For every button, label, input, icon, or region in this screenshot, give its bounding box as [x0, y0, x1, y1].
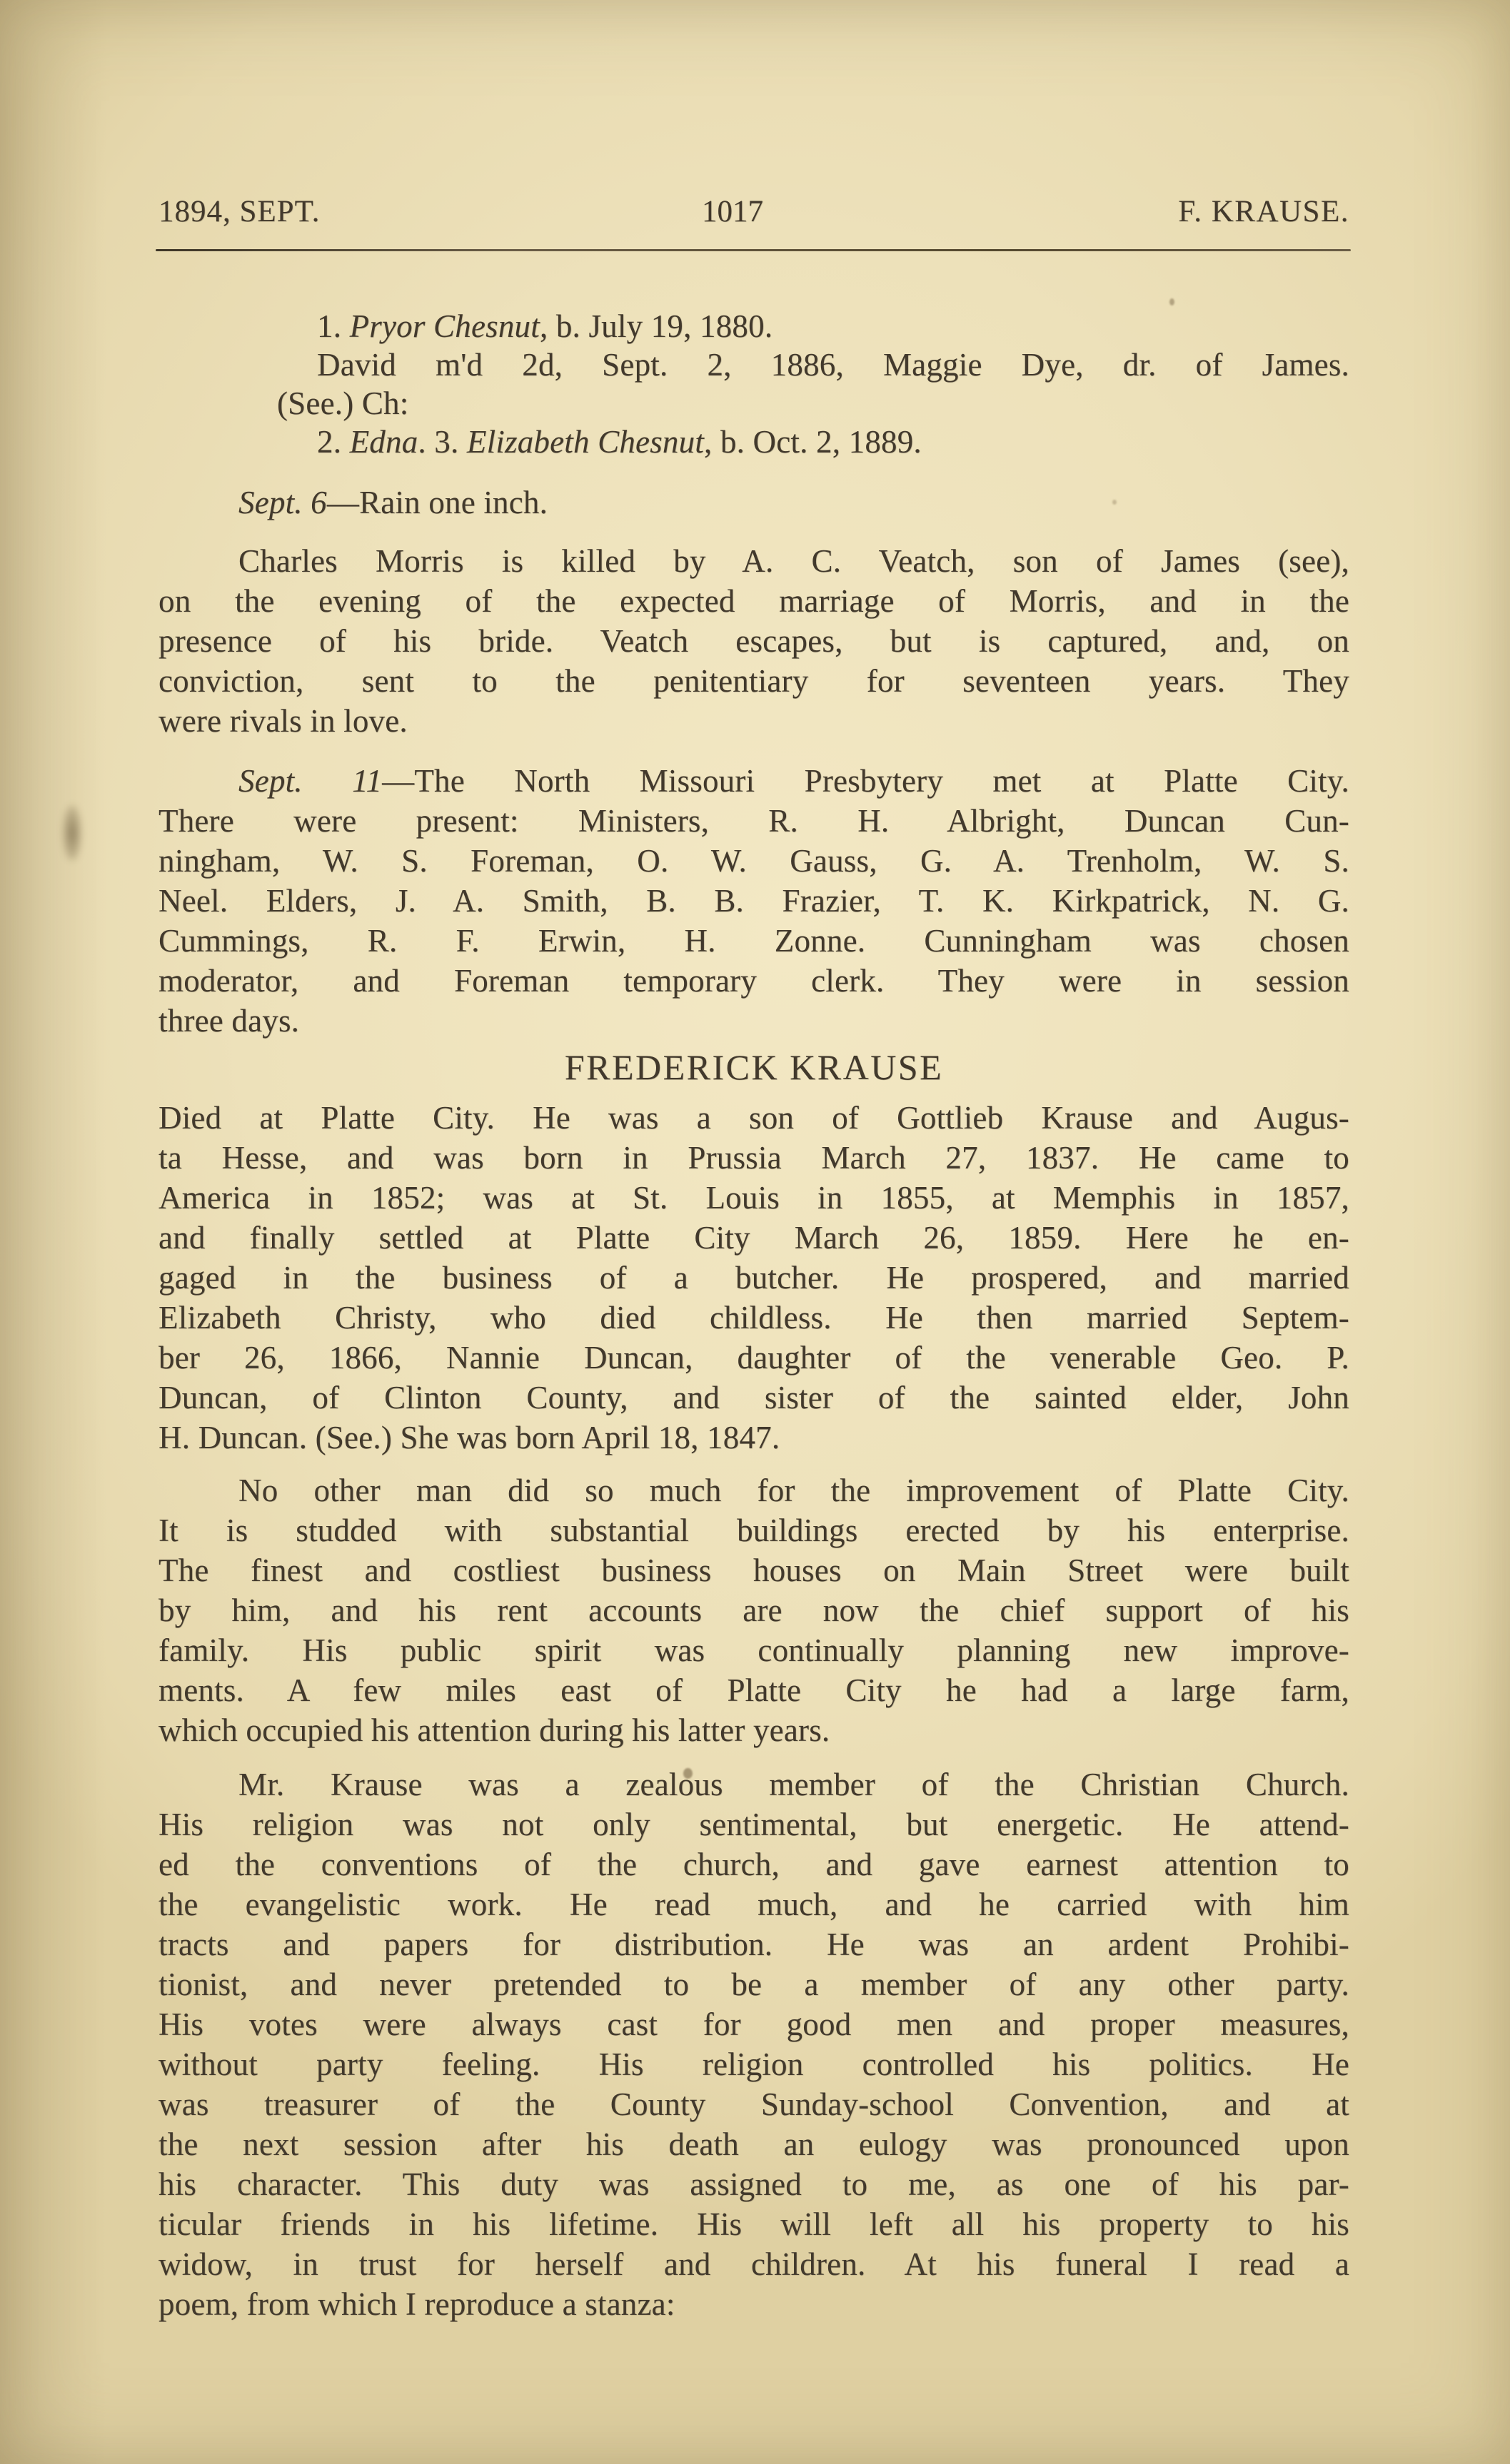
paragraph-line: and finally settled at Platte City March… — [158, 1218, 1349, 1258]
paragraph-line: ta Hesse, and was born in Prussia March … — [158, 1138, 1349, 1178]
header-name: F. KRAUSE. — [1178, 194, 1349, 229]
death-paragraph: Died at Platte City. He was a son of Got… — [158, 1098, 1349, 1458]
paragraph-line: his character. This duty was assigned to… — [158, 2164, 1349, 2204]
paragraph-line: Neel. Elders, J. A. Smith, B. B. Frazier… — [158, 881, 1349, 921]
paragraph-line: the evangelistic work. He read much, and… — [158, 1884, 1349, 1924]
paragraph-line: widow, in trust for herself and children… — [158, 2244, 1349, 2284]
child-name-italic: Pryor Chesnut — [350, 308, 540, 344]
paragraph-last-line: were rivals in love. — [158, 701, 1349, 741]
paragraph-line: on the evening of the expected marriage … — [158, 581, 1349, 621]
paragraph-line: ticular friends in his lifetime. His wil… — [158, 2204, 1349, 2244]
family-record-block: 1. Pryor Chesnut, b. July 19, 1880. Davi… — [158, 307, 1349, 461]
paragraph-line: tracts and papers for distribution. He w… — [158, 1924, 1349, 1964]
paragraph-line: the next session after his death an eulo… — [158, 2124, 1349, 2164]
diary-sept6-text: —Rain one inch. — [327, 485, 548, 520]
paragraph-line: Cummings, R. F. Erwin, H. Zonne. Cunning… — [158, 921, 1349, 961]
paragraph-line: Mr. Krause was a zealous member of the C… — [158, 1764, 1349, 1804]
record-line-2: David m'd 2d, Sept. 2, 1886, Maggie Dye,… — [158, 345, 1349, 384]
paragraph-line: family. His public spirit was continuall… — [158, 1630, 1349, 1670]
morris-paragraph: Charles Morris is killed by A. C. Veatch… — [158, 541, 1349, 741]
paper-speck — [1169, 298, 1174, 306]
paragraph-line: There were present: Ministers, R. H. Alb… — [158, 801, 1349, 841]
record-line-4: 2. Edna. 3. Elizabeth Chesnut, b. Oct. 2… — [158, 423, 1349, 461]
paragraph-line: ed the conventions of the church, and ga… — [158, 1844, 1349, 1884]
paragraph-line: Died at Platte City. He was a son of Got… — [158, 1098, 1349, 1138]
page-body: 1. Pryor Chesnut, b. July 19, 1880. Davi… — [158, 307, 1349, 2324]
record-line-1: 1. Pryor Chesnut, b. July 19, 1880. — [158, 307, 1349, 345]
paragraph-line: gaged in the business of a butcher. He p… — [158, 1258, 1349, 1298]
improvement-paragraph: No other man did so much for the improve… — [158, 1470, 1349, 1750]
paragraph-line: without party feeling. His religion cont… — [158, 2044, 1349, 2084]
paragraph-line: presence of his bride. Veatch escapes, b… — [158, 621, 1349, 661]
sept11-paragraph: Sept. 11—The North Missouri Presbytery m… — [158, 761, 1349, 1041]
paragraph-line: Duncan, of Clinton County, and sister of… — [158, 1378, 1349, 1418]
diary-date-italic: Sept. 6 — [238, 485, 327, 520]
paragraph-line: Elizabeth Christy, who died childless. H… — [158, 1298, 1349, 1338]
paragraph-last-line: which occupied his attention during his … — [158, 1710, 1349, 1750]
paragraph-line: No other man did so much for the improve… — [158, 1470, 1349, 1510]
paragraph-line: by him, and his rent accounts are now th… — [158, 1590, 1349, 1630]
paragraph-line: Sept. 11—The North Missouri Presbytery m… — [158, 761, 1349, 801]
paragraph-line: ments. A few miles east of Platte City h… — [158, 1670, 1349, 1710]
sept11-first-line-text: —The North Missouri Presbytery met at Pl… — [382, 763, 1349, 799]
child-name-italic: Edna — [350, 424, 418, 460]
paragraph-line: moderator, and Foreman temporary clerk. … — [158, 961, 1349, 1001]
character-paragraph: Mr. Krause was a zealous member of the C… — [158, 1764, 1349, 2324]
child-number: 2. — [317, 424, 350, 460]
paragraph-line: The finest and costliest business houses… — [158, 1550, 1349, 1590]
scan-edge-blob — [63, 805, 81, 861]
left-edge-shadow — [0, 0, 107, 2464]
paragraph-line: was treasurer of the County Sunday-schoo… — [158, 2084, 1349, 2124]
paragraph-line: It is studded with substantial buildings… — [158, 1510, 1349, 1550]
paragraph-line: His votes were always cast for good men … — [158, 2004, 1349, 2044]
diary-entry-sept6: Sept. 6—Rain one inch. — [158, 483, 1349, 522]
header-rule — [156, 249, 1351, 251]
record-line-4-mid: . 3. — [418, 424, 467, 460]
paragraph-last-line: H. Duncan. (See.) She was born April 18,… — [158, 1418, 1349, 1458]
paragraph-line: conviction, sent to the penitentiary for… — [158, 661, 1349, 701]
record-line-3: (See.) Ch: — [158, 384, 1349, 423]
diary-date-italic: Sept. 11 — [238, 763, 382, 799]
paragraph-last-line: three days. — [158, 1001, 1349, 1041]
child-name-italic: Elizabeth Chesnut — [467, 424, 704, 460]
child-birth-text: , b. Oct. 2, 1889. — [704, 424, 922, 460]
paragraph-last-line: poem, from which I reproduce a stanza: — [158, 2284, 1349, 2324]
child-number: 1. — [317, 308, 350, 344]
paragraph-line: ningham, W. S. Foreman, O. W. Gauss, G. … — [158, 841, 1349, 881]
paragraph-line: America in 1852; was at St. Louis in 185… — [158, 1178, 1349, 1218]
paragraph-line: His religion was not only sentimental, b… — [158, 1804, 1349, 1844]
biography-heading: FREDERICK KRAUSE — [158, 1045, 1349, 1089]
child-birth-text: , b. July 19, 1880. — [540, 308, 772, 344]
paragraph-line: ber 26, 1866, Nannie Duncan, daughter of… — [158, 1338, 1349, 1378]
header-folio: 1017 — [158, 194, 1307, 229]
scanned-book-page: 1894, SEPT. 1017 F. KRAUSE. 1. Pryor Che… — [0, 0, 1510, 2464]
paragraph-line: Charles Morris is killed by A. C. Veatch… — [158, 541, 1349, 581]
paragraph-line: tionist, and never pretended to be a mem… — [158, 1964, 1349, 2004]
running-header: 1894, SEPT. 1017 F. KRAUSE. — [158, 194, 1349, 230]
